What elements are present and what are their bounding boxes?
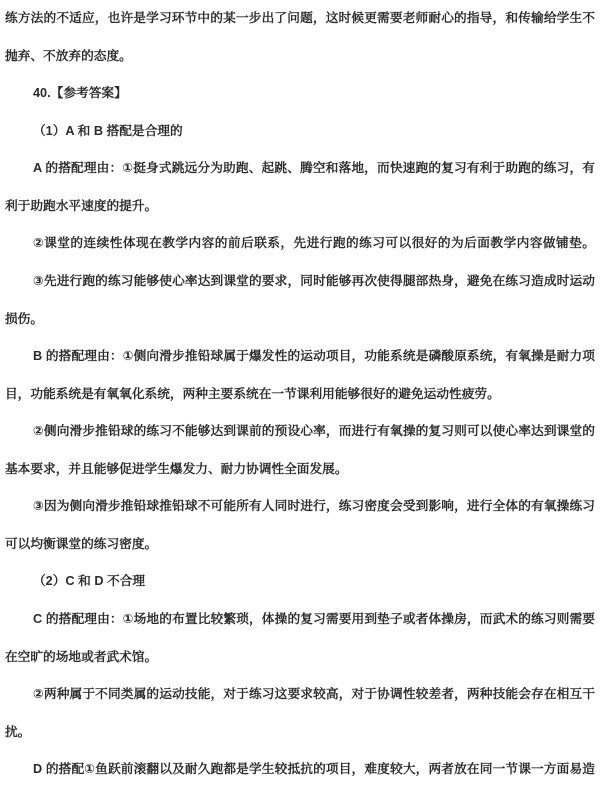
body-text-line: B 的搭配理由：①侧向滑步推铅球属于爆发性的运动项目，功能系统是磷酸原系统，有氧…: [5, 338, 595, 376]
document-page: 练方法的不适应，也许是学习环节中的某一步出了问题，这时候更需要老师耐心的指导，和…: [0, 0, 600, 789]
body-text-line: 利于助跑水平速度的提升。: [5, 188, 595, 226]
body-text-line: 扰。: [5, 714, 595, 752]
body-text-line: 损伤。: [5, 301, 595, 339]
body-text-line: 在空旷的场地或者武术馆。: [5, 639, 595, 677]
body-text-line: ②侧向滑步推铅球的练习不能够达到课前的预设心率，而进行有氧操的复习则可以使心率达…: [5, 413, 595, 451]
body-text-line: ②课堂的连续性体现在教学内容的前后联系，先进行跑的练习可以很好的为后面教学内容做…: [5, 225, 595, 263]
body-text-line: D 的搭配①鱼跃前滚翻以及耐久跑都是学生较抵抗的项目，难度较大，两者放在同一节课…: [5, 751, 595, 789]
body-text-line: 可以均衡课堂的练习密度。: [5, 526, 595, 564]
answer-40-heading: 40.【参考答案】: [5, 75, 595, 113]
body-text-line: 抛弃、不放弃的态度。: [5, 38, 595, 76]
body-text-line: ③先进行跑的练习能够使心率达到课堂的要求，同时能够再次使得腿部热身，避免在练习造…: [5, 263, 595, 301]
body-text-line: A 的搭配理由：①挺身式跳远分为助跑、起跳、腾空和落地，而快速跑的复习有利于助跑…: [5, 150, 595, 188]
part-2-heading: （2）C 和 D 不合理: [5, 563, 595, 601]
body-text-line: ③因为侧向滑步推铅球推铅球不可能所有人同时进行，练习密度会受到影响，进行全体的有…: [5, 488, 595, 526]
body-text-line: 目，功能系统是有氧氧化系统，两种主要系统在一节课利用能够很好的避免运动性疲劳。: [5, 376, 595, 414]
body-text-line: 练方法的不适应，也许是学习环节中的某一步出了问题，这时候更需要老师耐心的指导，和…: [5, 0, 595, 38]
body-text-line: C 的搭配理由：①场地的布置比较繁琐，体操的复习需要用到垫子或者体操房，而武术的…: [5, 601, 595, 639]
part-1-heading: （1）A 和 B 搭配是合理的: [5, 113, 595, 151]
body-text-line: 基本要求，并且能够促进学生爆发力、耐力协调性全面发展。: [5, 451, 595, 489]
body-text-line: ②两种属于不同类属的运动技能，对于练习这要求较高，对于协调性较差者，两种技能会存…: [5, 676, 595, 714]
